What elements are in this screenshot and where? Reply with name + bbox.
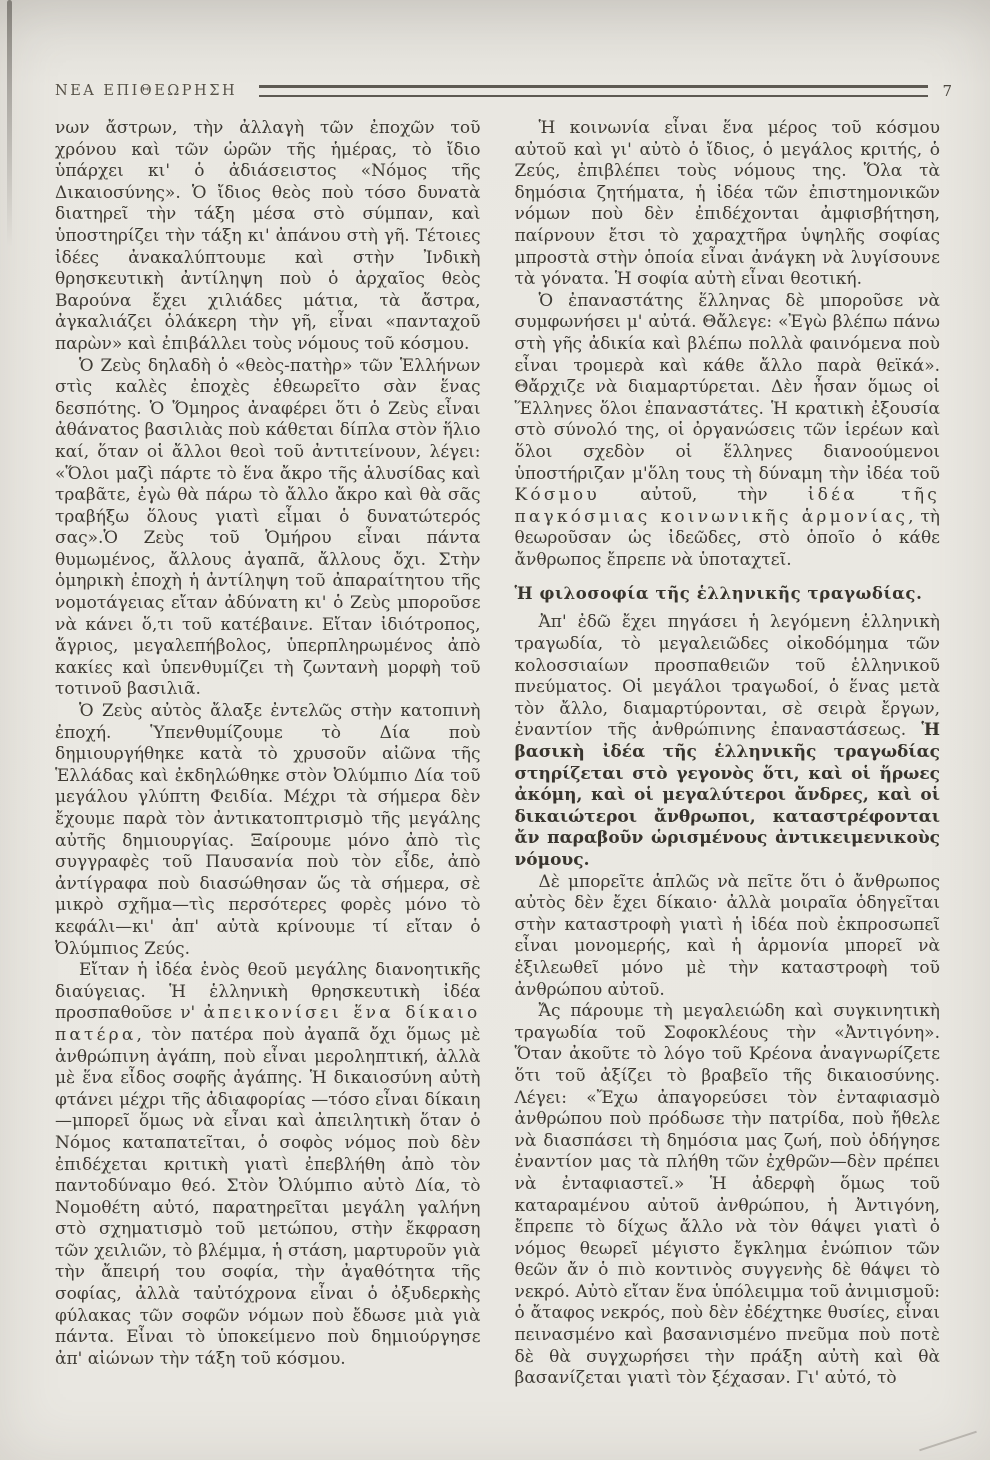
text-segment: Ἀπ' ἐδῶ ἔχει πηγάσει ἡ λεγόμενη ἑλληνικὴ…	[515, 612, 941, 740]
text-segment: Ὁ Ζεὺς δηλαδὴ ὁ «θεὸς-πατὴρ» τῶν Ἑλλήνων…	[55, 356, 481, 700]
text-segment: Κόσμου	[515, 485, 600, 505]
text-segment: αὐτοῦ, τὴν	[600, 485, 808, 505]
magazine-page: ΝΕΑ ΕΠΙΘΕΩΡΗΣΗ 7 νων ἄστρων, τὴν ἀλλαγὴ …	[0, 0, 990, 1460]
text-segment: , τὸν πατέρα ποὺ ἀγαπᾶ ὄχι ὅμως μὲ ἀνθρώ…	[55, 1025, 481, 1369]
paragraph: Ἀπ' ἐδῶ ἔχει πηγάσει ἡ λεγόμενη ἑλληνικὴ…	[515, 612, 941, 871]
paragraph: Εἴταν ἡ ἰδέα ἑνὸς θεοῦ μεγάλης διανοητικ…	[55, 960, 481, 1370]
paragraph: Ἡ κοινωνία εἶναι ἕνα μέρος τοῦ κόσμου αὐ…	[515, 118, 941, 291]
text-segment: Ἡ κοινωνία εἶναι ἕνα μέρος τοῦ κόσμου αὐ…	[515, 118, 941, 289]
text-segment: Ὁ ἐπαναστάτης ἕλληνας δὲ μποροῦσε νὰ συμ…	[515, 291, 941, 484]
text-segment: Δὲ μπορεῖτε ἁπλῶς νὰ πεῖτε ὅτι ὁ ἄνθρωπο…	[515, 872, 941, 1000]
page-number: 7	[942, 82, 952, 100]
text-columns: νων ἄστρων, τὴν ἀλλαγὴ τῶν ἐποχῶν τοῦ χρ…	[55, 118, 940, 1390]
section-heading: Ἡ φιλοσοφία τῆς ἑλληνικῆς τραγωδίας.	[515, 584, 941, 603]
paragraph: Ἄς πάρουμε τὴ μεγαλειώδη καὶ συγκινητικὴ…	[515, 1001, 941, 1390]
paragraph: Ὁ Ζεὺς δηλαδὴ ὁ «θεὸς-πατὴρ» τῶν Ἑλλήνων…	[55, 356, 481, 702]
text-segment: Ὁ Ζεὺς αὐτὸς ἄλαξε ἐντελῶς στὴν κατοπινὴ…	[55, 701, 481, 959]
paragraph: νων ἄστρων, τὴν ἀλλαγὴ τῶν ἐποχῶν τοῦ χρ…	[55, 118, 481, 356]
left-column: νων ἄστρων, τὴν ἀλλαγὴ τῶν ἐποχῶν τοῦ χρ…	[55, 118, 481, 1390]
masthead-title: ΝΕΑ ΕΠΙΘΕΩΡΗΣΗ	[55, 83, 237, 99]
text-segment: νων ἄστρων, τὴν ἀλλαγὴ τῶν ἐποχῶν τοῦ χρ…	[55, 118, 481, 354]
right-column: Ἡ κοινωνία εἶναι ἕνα μέρος τοῦ κόσμου αὐ…	[515, 118, 941, 1390]
text-segment: Ἄς πάρουμε τὴ μεγαλειώδη καὶ συγκινητικὴ…	[515, 1001, 941, 1388]
paragraph: Δὲ μπορεῖτε ἁπλῶς νὰ πεῖτε ὅτι ὁ ἄνθρωπο…	[515, 872, 941, 1002]
page-header: ΝΕΑ ΕΠΙΘΕΩΡΗΣΗ 7	[55, 82, 952, 100]
header-double-rule	[259, 85, 928, 97]
text-segment: Ἡ βασικὴ ἰδέα τῆς ἑλληνικῆς τραγωδίας στ…	[515, 720, 941, 870]
paragraph: Ὁ Ζεὺς αὐτὸς ἄλαξε ἐντελῶς στὴν κατοπινὴ…	[55, 701, 481, 960]
paragraph: Ὁ ἐπαναστάτης ἕλληνας δὲ μποροῦσε νὰ συμ…	[515, 291, 941, 572]
